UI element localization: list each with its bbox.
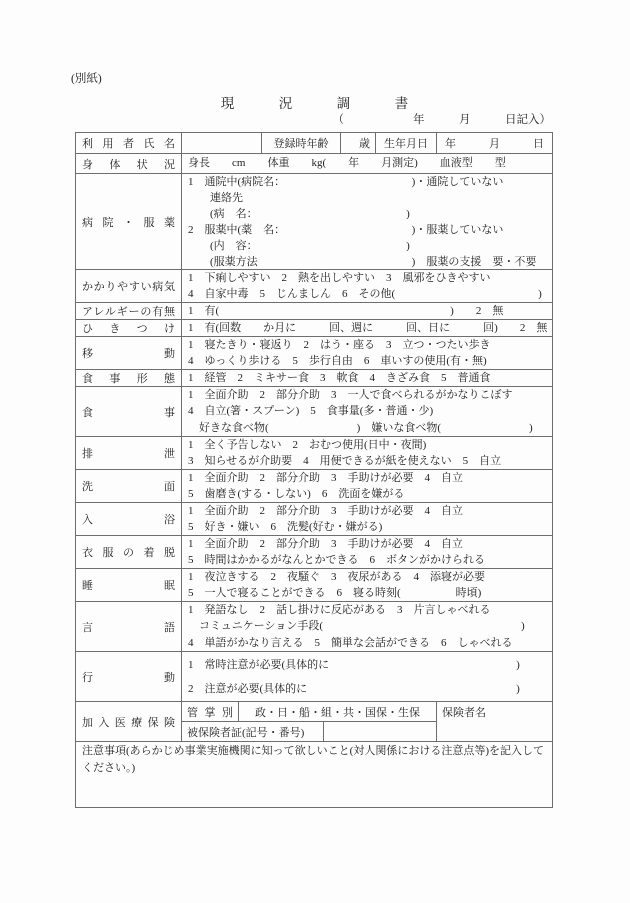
illness-label-cell: かかりやすい病気: [76, 270, 182, 302]
convulsion-content: 1 有(回数 か月に 回、週に 回、日に 回) 2 無: [188, 321, 550, 336]
birth-date-value-cell: 年 月 日: [437, 133, 552, 153]
insurance-label: 加 入 医 療 保 険: [82, 714, 175, 730]
meal-label-cell: 食 事: [76, 387, 182, 436]
convulsion-label: ひ き つ け: [82, 320, 175, 336]
sleep-label: 睡 眠: [82, 577, 175, 593]
dressing-label: 衣 服 の 着 脱: [82, 544, 175, 560]
language-label: 言 語: [82, 619, 175, 635]
illness-content: 1 下痢しやすい 2 熱を出しやすい 3 風邪をひきやすい 4 自家中毒 5 じ…: [188, 270, 550, 303]
allergy-content: 1 有( ) 2 無: [188, 304, 550, 319]
insurer-name-label: 保険者名: [442, 707, 486, 719]
dressing-content-cell: 1 全面介助 2 部分介助 3 手助けが必要 4 自立 5 時間はかかるがなんと…: [182, 536, 552, 568]
insurance-card-label-cell: 被保険者証(記号・番号): [182, 722, 324, 741]
behavior-label: 行 動: [82, 669, 175, 685]
behavior-label-cell: 行 動: [76, 652, 182, 701]
illness-label: かかりやすい病気: [82, 278, 175, 294]
insurance-label-cell: 加 入 医 療 保 険: [76, 702, 182, 741]
meal-form-label-cell: 食 事 形 態: [76, 370, 182, 386]
insurance-category-label-cell: 管 掌 別: [182, 702, 239, 721]
excretion-content: 1 全く予告しない 2 おむつ使用(日中・夜間) 3 知らせるが介助要 4 用便…: [188, 437, 550, 470]
hospital-content-cell: 1 通院中(病院名： )・通院していない 連絡先 (病 名： ) 2 服薬中(薬…: [182, 174, 552, 269]
insurance-category-options: 政・日・船・組・共・国保・生保: [255, 704, 420, 720]
birth-date-label-cell: 生年月日: [376, 133, 437, 153]
mobility-label-cell: 移 動: [76, 337, 182, 369]
face-wash-label: 洗 面: [82, 478, 175, 494]
meal-content: 1 全面介助 2 部分介助 3 一人で食べられるがかなりこぼす 4 自立(箸・ス…: [188, 387, 550, 436]
row-dressing: 衣 服 の 着 脱 1 全面介助 2 部分介助 3 手助けが必要 4 自立 5 …: [76, 536, 552, 569]
row-face-wash: 洗 面 1 全面介助 2 部分介助 3 手助けが必要 4 自立 5 歯磨き(する…: [76, 470, 552, 503]
sleep-label-cell: 睡 眠: [76, 569, 182, 601]
row-bathing: 入 浴 1 全面介助 2 部分介助 3 手助けが必要 4 自立 5 好き・嫌い …: [76, 503, 552, 536]
excretion-label: 排 泄: [82, 445, 175, 461]
status-report-form: 利 用 者 氏 名 登録時年齢 歳 生年月日 年 月 日 身 体 状 況 身長 …: [75, 132, 553, 808]
sleep-content: 1 夜泣きする 2 夜騒ぐ 3 夜尿がある 4 添寝が必要 5 一人で寝ることが…: [188, 569, 550, 602]
birth-date-label: 生年月日: [384, 135, 428, 151]
meal-label: 食 事: [82, 404, 175, 420]
physical-label-cell: 身 体 状 況: [76, 154, 182, 173]
user-name-label: 利 用 者 氏 名: [82, 135, 175, 151]
row-allergy: アレルギーの有無 1 有( ) 2 無: [76, 303, 552, 320]
insurance-card-row: 被保険者証(記号・番号): [182, 722, 436, 741]
insurance-detail-area: 管 掌 別 政・日・船・組・共・国保・生保 被保険者証(記号・番号) 保険者名: [182, 702, 552, 741]
row-common-illness: かかりやすい病気 1 下痢しやすい 2 熱を出しやすい 3 風邪をひきやすい 4…: [76, 270, 552, 303]
meal-form-label: 食 事 形 態: [82, 370, 175, 386]
bathing-label-cell: 入 浴: [76, 503, 182, 535]
dressing-content: 1 全面介助 2 部分介助 3 手助けが必要 4 自立 5 時間はかかるがなんと…: [188, 536, 550, 569]
insurer-name-cell: 保険者名: [437, 702, 551, 741]
document-page: (別紙) 現 況 調 書 （ 年 月 日記入） 利 用 者 氏 名 登録時年齢 …: [0, 0, 630, 903]
physical-content-cell: 身長 cm 体重 kg( 年 月測定) 血液型 型: [182, 154, 552, 173]
page-title: 現 況 調 書: [0, 92, 630, 112]
language-label-cell: 言 語: [76, 602, 182, 651]
row-hospital-medication: 病 院 ・ 服 薬 1 通院中(病院名： )・通院していない 連絡先 (病 名：…: [76, 174, 552, 270]
row-sleep: 睡 眠 1 夜泣きする 2 夜騒ぐ 3 夜尿がある 4 添寝が必要 5 一人で寝…: [76, 569, 552, 602]
user-name-value-cell: [182, 133, 262, 153]
age-unit-label: 歳: [359, 135, 370, 151]
row-insurance: 加 入 医 療 保 険 管 掌 別 政・日・船・組・共・国保・生保 被保険者証(…: [76, 702, 552, 742]
face-wash-content-cell: 1 全面介助 2 部分介助 3 手助けが必要 4 自立 5 歯磨き(する・しない…: [182, 470, 552, 502]
physical-content: 身長 cm 体重 kg( 年 月測定) 血液型 型: [188, 156, 550, 171]
row-excretion: 排 泄 1 全く予告しない 2 おむつ使用(日中・夜間) 3 知らせるが介助要 …: [76, 437, 552, 470]
birth-date-value: 年 月 日: [445, 135, 544, 151]
physical-label: 身 体 状 況: [82, 156, 175, 172]
notes-cell: 注意事項(あらかじめ事業実施機関に知って欲しいこと(対人関係における注意点等)を…: [76, 742, 552, 807]
row-behavior: 行 動 1 常時注意が必要(具体的に ) 2 注意が必要(具体的に ): [76, 652, 552, 702]
convulsion-label-cell: ひ き つ け: [76, 320, 182, 336]
sleep-content-cell: 1 夜泣きする 2 夜騒ぐ 3 夜尿がある 4 添寝が必要 5 一人で寝ることが…: [182, 569, 552, 601]
mobility-label: 移 動: [82, 345, 175, 361]
hospital-content: 1 通院中(病院名： )・通院していない 連絡先 (病 名： ) 2 服薬中(薬…: [188, 174, 550, 270]
insurance-card-label: 被保険者証(記号・番号): [187, 724, 304, 740]
allergy-label-cell: アレルギーの有無: [76, 303, 182, 319]
mobility-content-cell: 1 寝たきり・寝返り 2 はう・座る 3 立つ・つたい歩き 4 ゆっくり歩ける …: [182, 337, 552, 369]
meal-form-content-cell: 1 経管 2 ミキサー食 3 軟食 4 きざみ食 5 普通食: [182, 370, 552, 386]
insurance-category-options-cell: 政・日・船・組・共・国保・生保: [239, 702, 436, 721]
face-wash-label-cell: 洗 面: [76, 470, 182, 502]
bathing-content: 1 全面介助 2 部分介助 3 手助けが必要 4 自立 5 好き・嫌い 6 洗髪…: [188, 503, 550, 536]
illness-content-cell: 1 下痢しやすい 2 熱を出しやすい 3 風邪をひきやすい 4 自家中毒 5 じ…: [182, 270, 552, 302]
insurance-card-value-cell: [324, 722, 436, 741]
registration-age-label-cell: 登録時年齢: [262, 133, 341, 153]
bathing-label: 入 浴: [82, 511, 175, 527]
language-content: 1 発語なし 2 話し掛けに反応がある 3 片言しゃべれる コミュニケーション手…: [188, 602, 550, 651]
meal-form-content: 1 経管 2 ミキサー食 3 軟食 4 きざみ食 5 普通食: [188, 371, 550, 386]
insurance-category-label: 管 掌 別: [187, 704, 233, 720]
fill-in-date-note: （ 年 月 日記入）: [75, 111, 553, 127]
row-meal-form: 食 事 形 態 1 経管 2 ミキサー食 3 軟食 4 きざみ食 5 普通食: [76, 370, 552, 387]
excretion-content-cell: 1 全く予告しない 2 おむつ使用(日中・夜間) 3 知らせるが介助要 4 用便…: [182, 437, 552, 469]
age-unit-cell: 歳: [341, 133, 376, 153]
row-physical-condition: 身 体 状 況 身長 cm 体重 kg( 年 月測定) 血液型 型: [76, 154, 552, 174]
row-mobility: 移 動 1 寝たきり・寝返り 2 はう・座る 3 立つ・つたい歩き 4 ゆっくり…: [76, 337, 552, 370]
row-notes: 注意事項(あらかじめ事業実施機関に知って欲しいこと(対人関係における注意点等)を…: [76, 742, 552, 807]
behavior-content: 1 常時注意が必要(具体的に ) 2 注意が必要(具体的に ): [188, 653, 550, 701]
user-name-label-cell: 利 用 者 氏 名: [76, 133, 182, 153]
excretion-label-cell: 排 泄: [76, 437, 182, 469]
row-language: 言 語 1 発語なし 2 話し掛けに反応がある 3 片言しゃべれる コミュニケー…: [76, 602, 552, 652]
hospital-label-cell: 病 院 ・ 服 薬: [76, 174, 182, 269]
dressing-label-cell: 衣 服 の 着 脱: [76, 536, 182, 568]
row-convulsion: ひ き つ け 1 有(回数 か月に 回、週に 回、日に 回) 2 無: [76, 320, 552, 337]
allergy-label: アレルギーの有無: [82, 303, 175, 319]
row-meal: 食 事 1 全面介助 2 部分介助 3 一人で食べられるがかなりこぼす 4 自立…: [76, 387, 552, 437]
language-content-cell: 1 発語なし 2 話し掛けに反応がある 3 片言しゃべれる コミュニケーション手…: [182, 602, 552, 651]
meal-content-cell: 1 全面介助 2 部分介助 3 一人で食べられるがかなりこぼす 4 自立(箸・ス…: [182, 387, 552, 436]
mobility-content: 1 寝たきり・寝返り 2 はう・座る 3 立つ・つたい歩き 4 ゆっくり歩ける …: [188, 337, 550, 370]
behavior-content-cell: 1 常時注意が必要(具体的に ) 2 注意が必要(具体的に ): [182, 652, 552, 701]
insurance-left-grid: 管 掌 別 政・日・船・組・共・国保・生保 被保険者証(記号・番号): [182, 702, 437, 741]
registration-age-label: 登録時年齢: [274, 135, 329, 151]
face-wash-content: 1 全面介助 2 部分介助 3 手助けが必要 4 自立 5 歯磨き(する・しない…: [188, 470, 550, 503]
insurance-category-row: 管 掌 別 政・日・船・組・共・国保・生保: [182, 702, 436, 722]
corner-note: (別紙): [71, 70, 102, 86]
row-user-name: 利 用 者 氏 名 登録時年齢 歳 生年月日 年 月 日: [76, 133, 552, 154]
hospital-label: 病 院 ・ 服 薬: [82, 214, 175, 230]
convulsion-content-cell: 1 有(回数 か月に 回、週に 回、日に 回) 2 無: [182, 320, 552, 336]
notes-content: 注意事項(あらかじめ事業実施機関に知って欲しいこと(対人関係における注意点等)を…: [82, 745, 544, 774]
allergy-content-cell: 1 有( ) 2 無: [182, 303, 552, 319]
bathing-content-cell: 1 全面介助 2 部分介助 3 手助けが必要 4 自立 5 好き・嫌い 6 洗髪…: [182, 503, 552, 535]
